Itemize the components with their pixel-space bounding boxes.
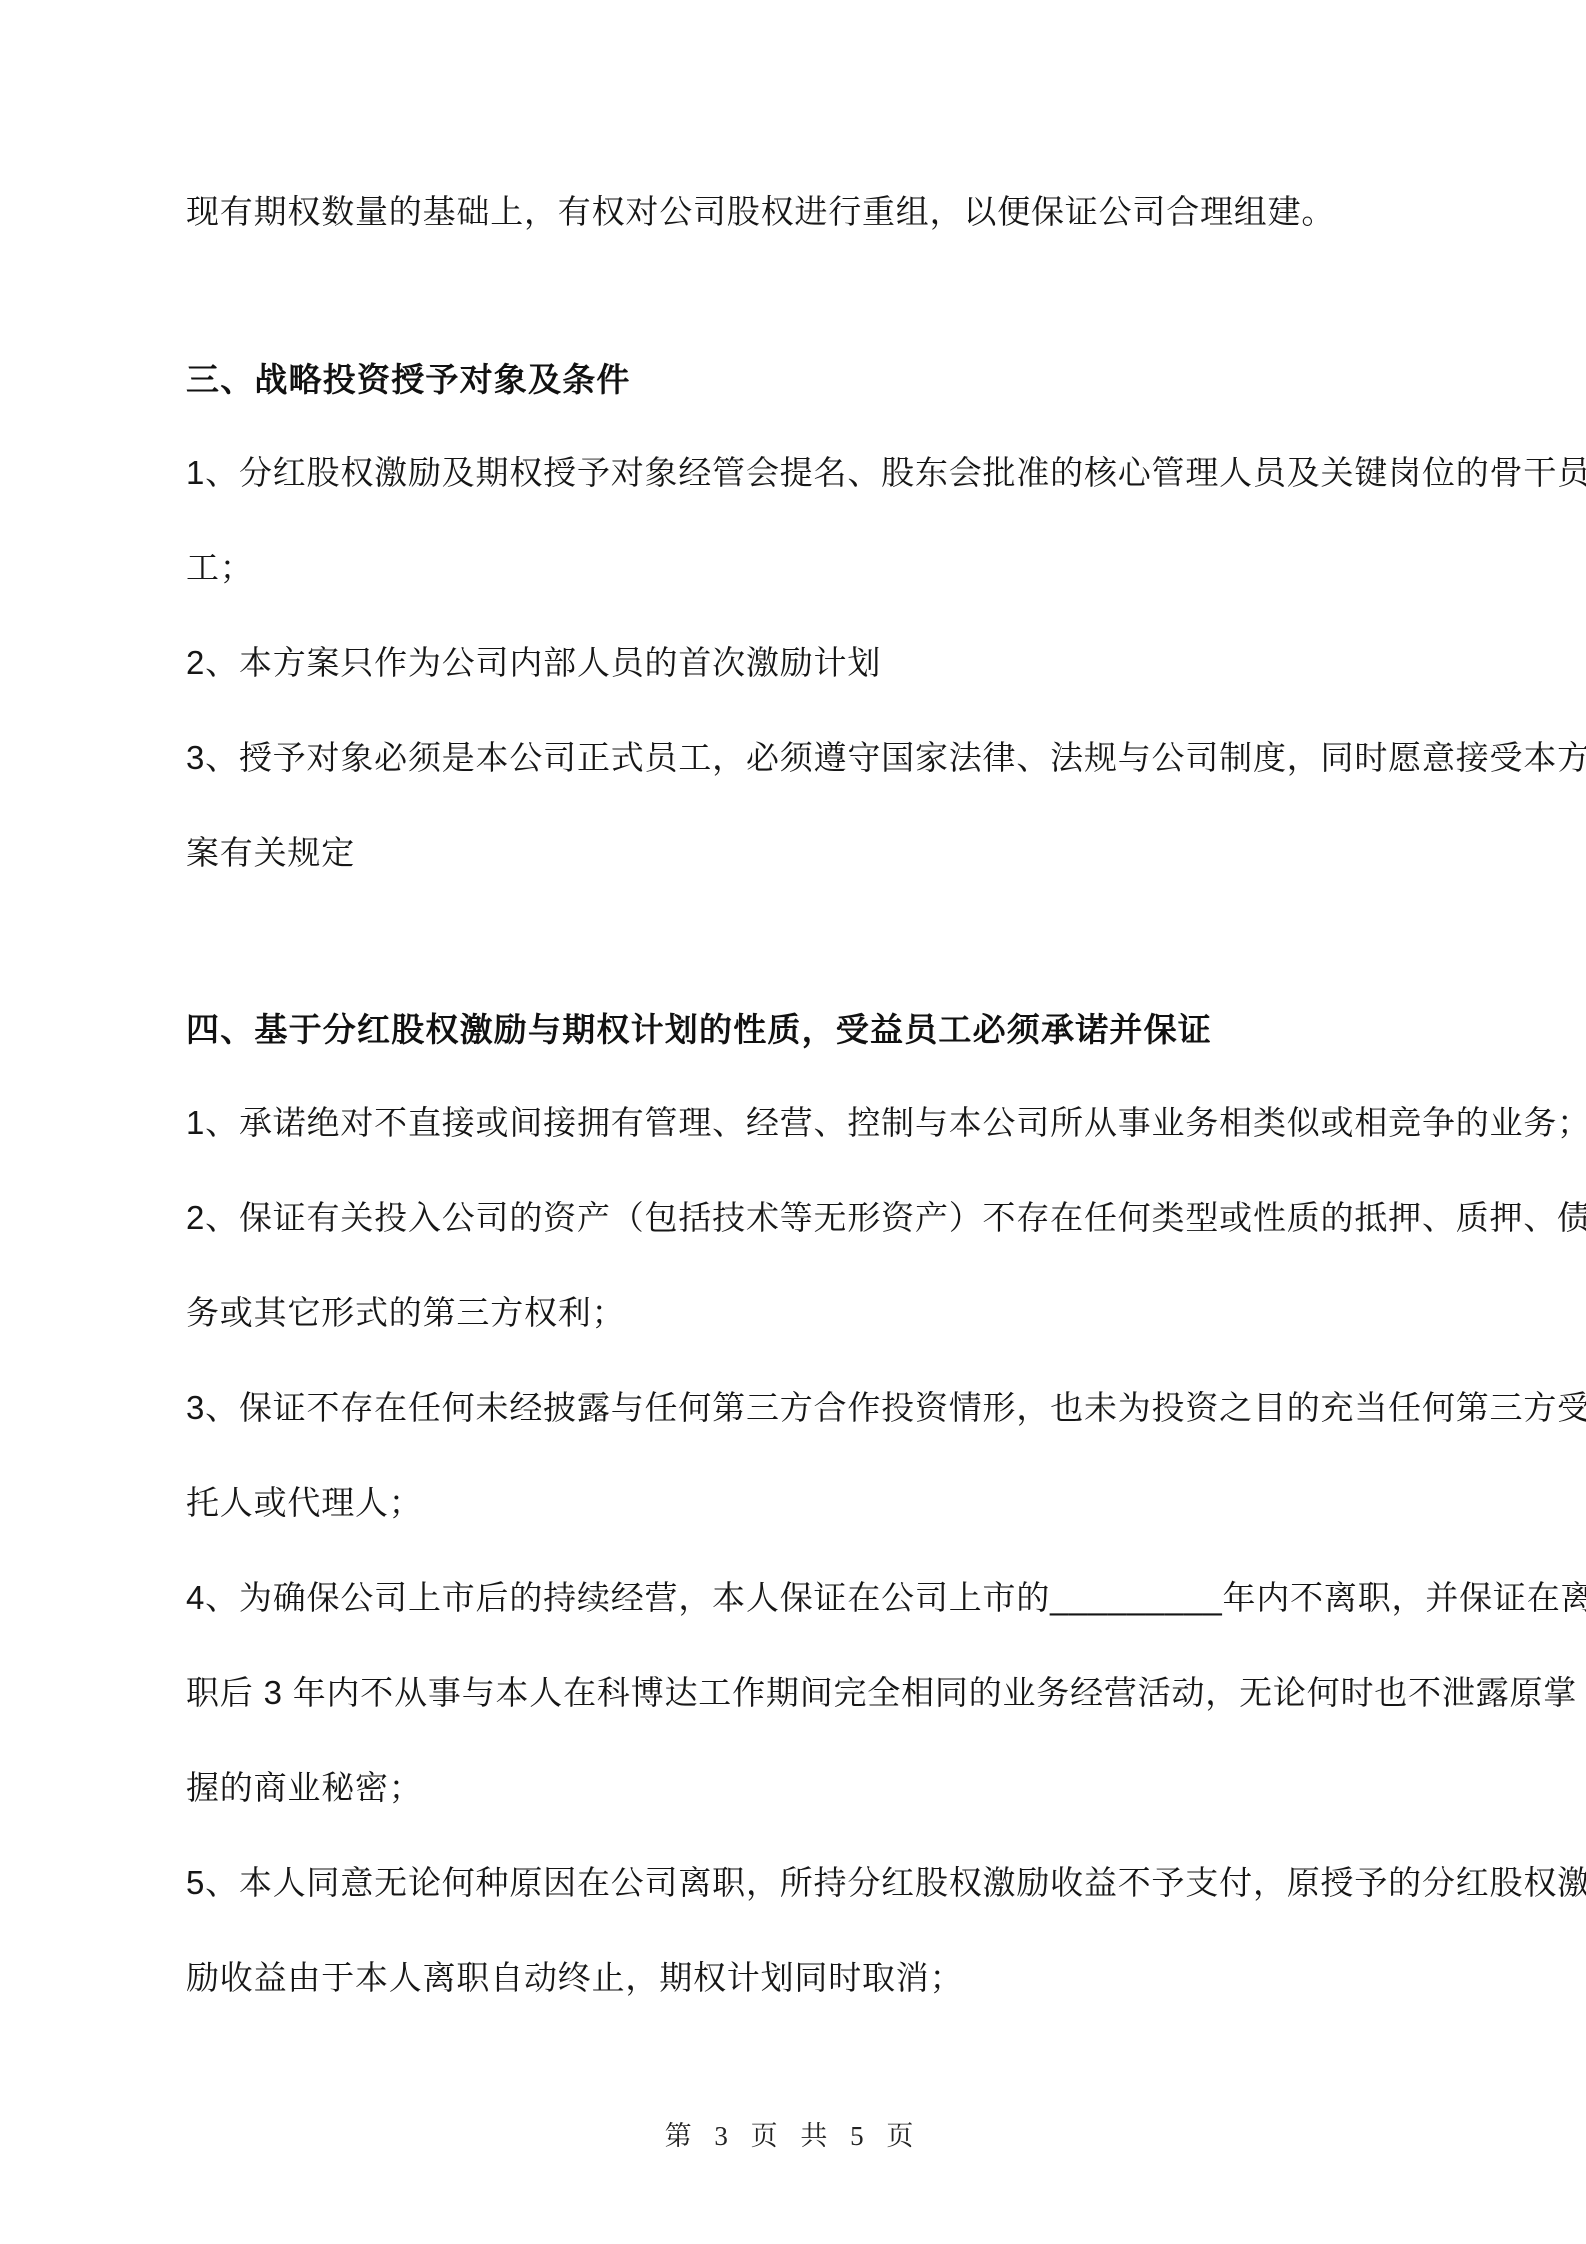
list-item-4-2-line-1: 2、保证有关投入公司的资产（包括技术等无形资产）不存在任何类型或性质的抵押、质押… — [186, 1198, 1456, 1238]
list-item-4-1: 1、承诺绝对不直接或间接拥有管理、经营、控制与本公司所从事业务相类似或相竞争的业… — [186, 1103, 1456, 1143]
list-item-3-1-line-2: 工； — [186, 548, 1456, 588]
list-item-4-4-line-1: 4、为确保公司上市后的持续经营，本人保证在公司上市的_________年内不离职… — [186, 1578, 1456, 1618]
section-heading-3: 三、战略投资授予对象及条件 — [186, 360, 1456, 400]
page-number: 第 3 页 共 5 页 — [0, 2114, 1586, 2153]
list-item-3-2: 2、本方案只作为公司内部人员的首次激励计划 — [186, 643, 1456, 683]
list-item-4-4-line-2: 职后 3 年内不从事与本人在科博达工作期间完全相同的业务经营活动，无论何时也不泄… — [186, 1673, 1456, 1713]
list-item-4-5-line-1: 5、本人同意无论何种原因在公司离职，所持分红股权激励收益不予支付，原授予的分红股… — [186, 1863, 1456, 1903]
list-item-4-5-line-2: 励收益由于本人离职自动终止，期权计划同时取消； — [186, 1958, 1456, 1998]
list-item-3-1-line-1: 1、分红股权激励及期权授予对象经管会提名、股东会批准的核心管理人员及关键岗位的骨… — [186, 453, 1456, 493]
document-page: 现有期权数量的基础上，有权对公司股权进行重组，以便保证公司合理组建。 三、战略投… — [0, 0, 1586, 2244]
section-heading-4: 四、基于分红股权激励与期权计划的性质，受益员工必须承诺并保证 — [186, 1010, 1456, 1050]
list-item-3-3-line-1: 3、授予对象必须是本公司正式员工，必须遵守国家法律、法规与公司制度，同时愿意接受… — [186, 738, 1456, 778]
list-item-4-3-line-1: 3、保证不存在任何未经披露与任何第三方合作投资情形，也未为投资之目的充当任何第三… — [186, 1388, 1456, 1428]
paragraph-continuation-line: 现有期权数量的基础上，有权对公司股权进行重组，以便保证公司合理组建。 — [186, 192, 1456, 232]
list-item-3-3-line-2: 案有关规定 — [186, 833, 1456, 873]
list-item-4-4-line-3: 握的商业秘密； — [186, 1768, 1456, 1808]
list-item-4-2-line-2: 务或其它形式的第三方权利； — [186, 1293, 1456, 1333]
list-item-4-3-line-2: 托人或代理人； — [186, 1483, 1456, 1523]
